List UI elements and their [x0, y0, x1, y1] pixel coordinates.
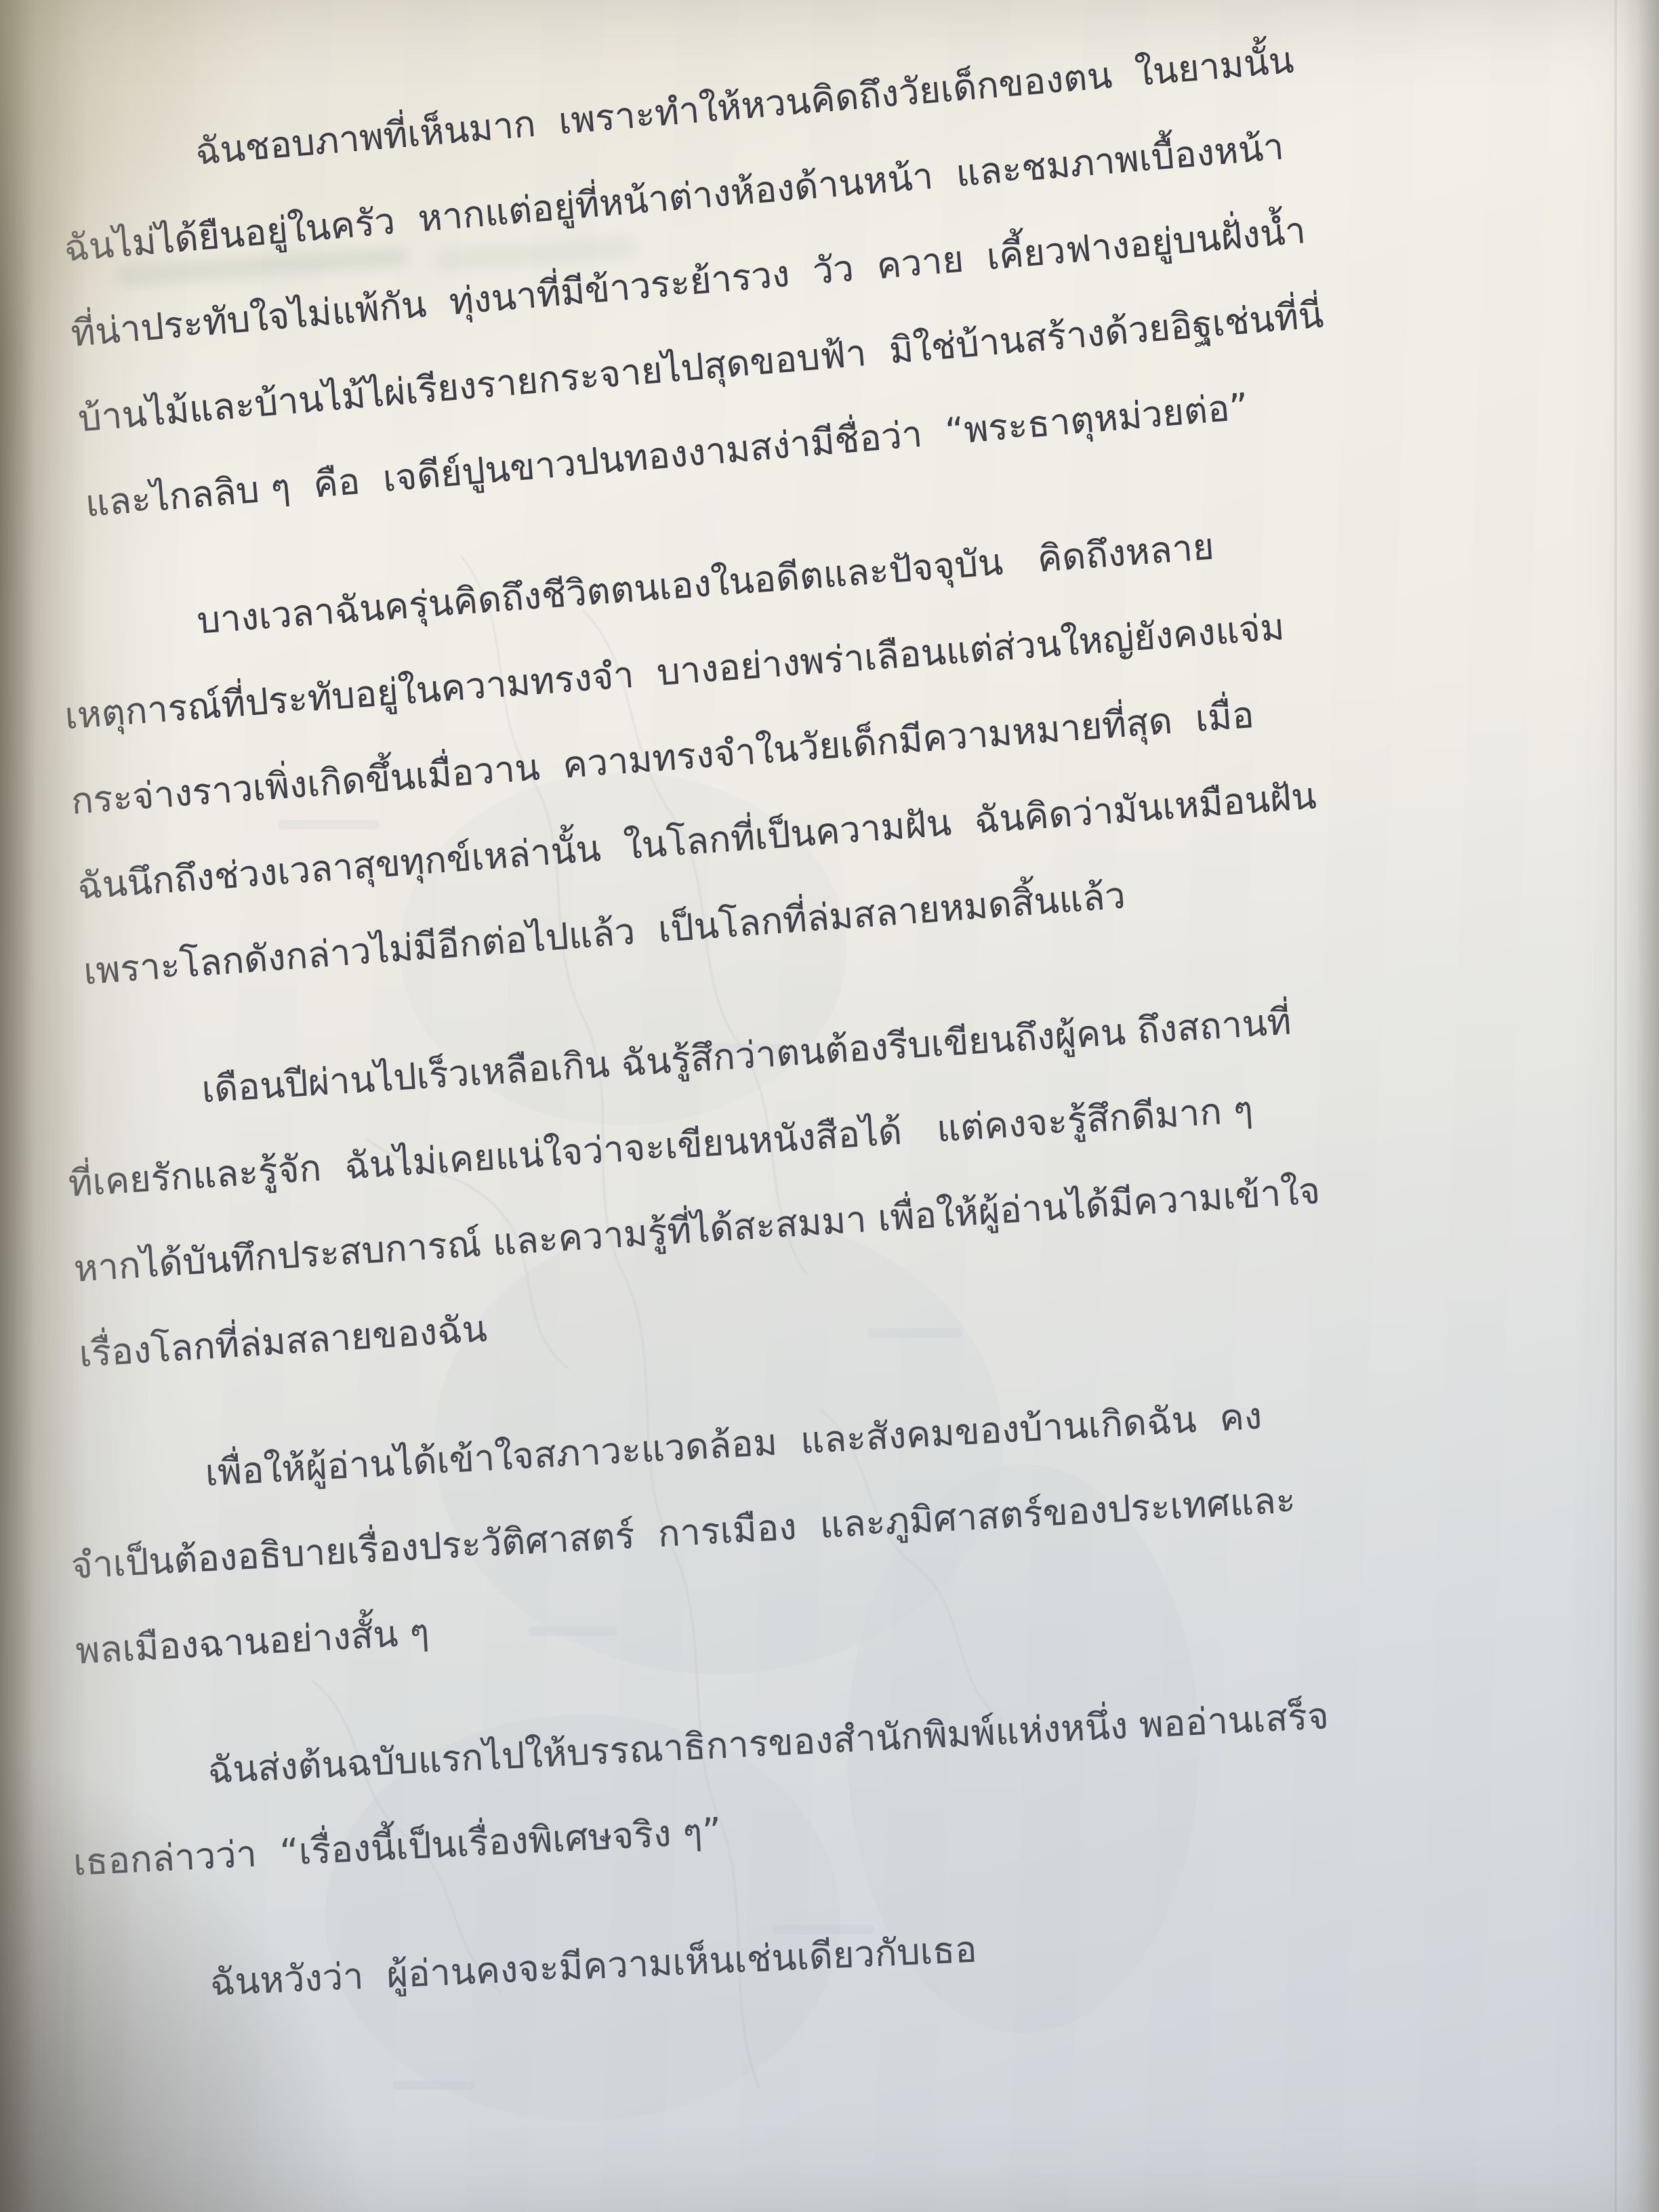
page-text: ฉันชอบภาพที่เห็นมาก เพราะทำให้หวนคิดถึงว…: [71, 121, 1593, 2072]
paragraph: เพื่อให้ผู้อ่านได้เข้าใจสภาวะแวดล้อม และ…: [64, 1356, 1597, 1694]
paragraph: เดือนปีผ่านไปเร็วเหลือเกิน ฉันรู้สึกว่าต…: [60, 961, 1600, 1397]
paragraph: ฉันชอบภาพที่เห็นมาก เพราะทำให้หวนคิดถึงว…: [54, 0, 1605, 547]
page-right-edge-shadow: [1618, 0, 1659, 2212]
book-page-photo: ฉันชอบภาพที่เห็นมาก เพราะทำให้หวนคิดถึงว…: [0, 0, 1659, 2212]
text-line: ฉันหวังว่า ผู้อ่านคงจะมีความเห็นเช่นเดีย…: [69, 1880, 1593, 2032]
paragraph: ฉันหวังว่า ผู้อ่านคงจะมีความเห็นเช่นเดีย…: [69, 1880, 1593, 2032]
page-right-crease: [1614, 0, 1617, 2212]
paragraph: บางเวลาฉันครุ่นคิดถึงชีวิตตนเองในอดีตและ…: [56, 477, 1604, 1015]
paragraph: ฉันส่งต้นฉบับแรกไปให้บรรณาธิการของสำนักพ…: [67, 1660, 1595, 1905]
